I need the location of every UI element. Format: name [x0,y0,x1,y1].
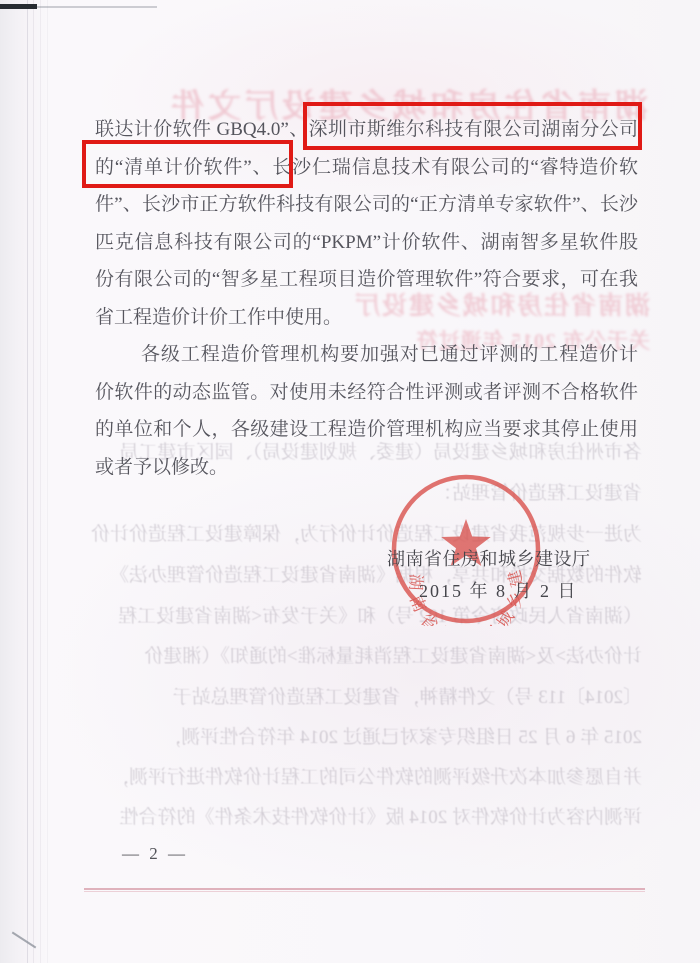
body-text-line: 的单位和个人，各级建设工程造价管理机构应当要求其停止使用 [95,417,638,443]
scan-artifact-top-left [0,4,37,9]
footer-rule-line [84,891,645,892]
paper-crease-line [27,0,28,963]
body-text-line: 省工程造价计价工作中使用。 [95,305,638,331]
page-number: — 2 — [122,844,188,864]
paper-crease-line [40,0,41,963]
paper-crease-line [47,0,48,963]
body-text-line: 件”、长沙市正方软件科技有限公司的“正方清单专家软件”、长沙 [95,192,638,218]
red-highlight-box-company [303,102,642,150]
paper-crease-line [33,0,34,963]
issuer-signature: 湖南省住房和城乡建设厅 [387,545,591,571]
footer-rule-line [84,888,645,890]
issue-date: 2015 年 8 月 2 日 [419,577,578,603]
body-text-line: 或者予以修改。 [95,455,638,481]
body-text-line: 价软件的动态监管。对使用未经符合性评测或者评测不合格软件 [95,380,638,406]
red-highlight-box-software [82,140,293,188]
body-text-line: 匹克信息科技有限公司的“PKPM”计价软件、湖南智多星软件股 [95,230,638,256]
scan-artifact-top-line [37,6,157,8]
body-text-line: 份有限公司的“智多星工程项目造价管理软件”符合要求，可在我 [95,267,638,293]
body-text-line: 各级工程造价管理机构要加强对已通过评测的工程造价计 [95,342,638,368]
